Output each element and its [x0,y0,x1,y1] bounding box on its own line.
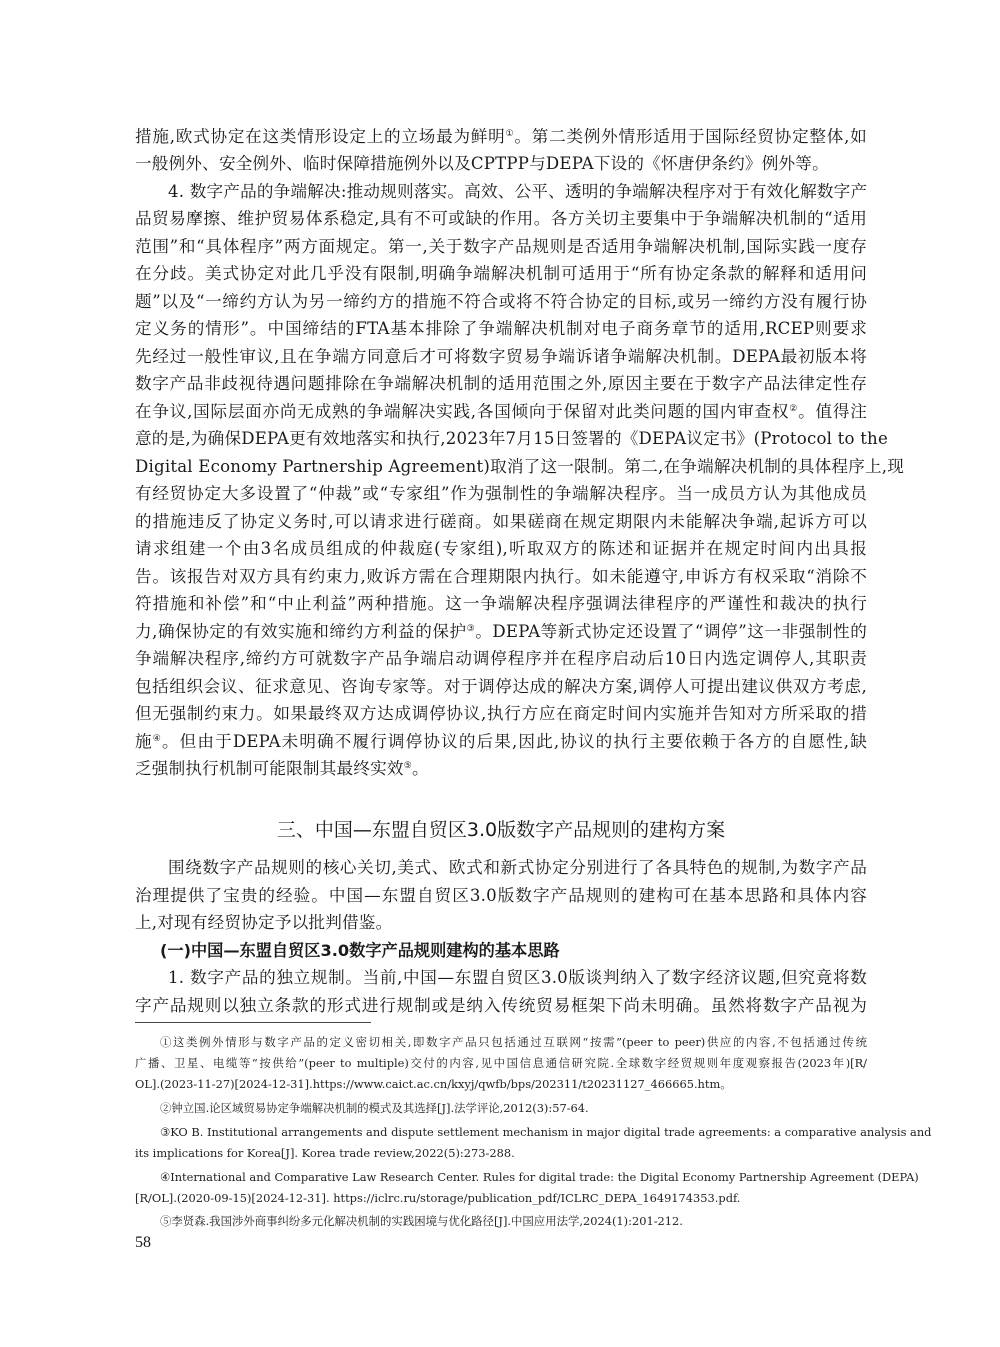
footnote-2: ②钟立国.论区域贸易协定争端解决机制的模式及其选择[J].法学评论,2012(3… [160,1100,867,1116]
body-line: Digital Economy Partnership Agreement)取消… [135,456,867,478]
body-line: 力,确保协定的有效实施和缔约方利益的保护③。DEPA等新式协定还设置了“调停”这… [135,621,867,643]
footnote-ref[interactable]: ④ [153,734,162,744]
body-line: 1. 数字产品的独立规制。当前,中国—东盟自贸区3.0版谈判纳入了数字经济议题,… [168,967,867,989]
footnote-3-cont: its implications for Korea[J]. Korea tra… [135,1145,867,1161]
footnote-4-cont: [R/OL].(2020-09-15)[2024-12-31]. https:/… [135,1190,867,1206]
body-line: 争端解决程序,缔约方可就数字产品争端启动调停程序并在程序启动后10日内选定调停人… [135,648,867,670]
footnote-4: ④International and Comparative Law Resea… [160,1169,867,1185]
body-line: 符措施和补偿”和“中止利益”两种措施。这一争端解决程序强调法律程序的严谨性和裁决… [135,593,867,615]
footnote-ref[interactable]: ② [789,404,798,414]
body-line: 告。该报告对双方具有约束力,败诉方需在合理期限内执行。如未能遵守,申诉方有权采取… [135,566,867,588]
body-line: 先经过一般性审议,且在争端方同意后才可将数字贸易争端诉诸争端解决机制。DEPA最… [135,346,867,368]
body-line: 有经贸协定大多设置了“仲裁”或“专家组”作为强制性的争端解决程序。当一成员方认为… [135,483,867,505]
body-line: 4. 数字产品的争端解决:推动规则落实。高效、公平、透明的争端解决程序对于有效化… [168,181,867,203]
footnote-ref[interactable]: ⑤ [404,761,412,771]
page-number: 58 [135,1233,151,1253]
document-page: 措施,欧式协定在这类情形设定上的立场最为鲜明①。第二类例外情形适用于国际经贸协定… [0,0,1000,1347]
footnote-3: ③KO B. Institutional arrangements and di… [160,1124,867,1140]
subsection-heading: (一)中国—东盟自贸区3.0数字产品规则建构的基本思路 [160,940,560,962]
body-line: 数字产品非歧视待遇问题排除在争端解决机制的适用范围之外,原因主要在于数字产品法律… [135,373,867,395]
section-heading: 三、中国—东盟自贸区3.0版数字产品规则的建构方案 [135,818,867,842]
body-line: 品贸易摩擦、维护贸易体系稳定,具有不可或缺的作用。各方关切主要集中于争端解决机制… [135,208,867,230]
body-line: 字产品规则以独立条款的形式进行规制或是纳入传统贸易框架下尚未明确。虽然将数字产品… [135,995,867,1017]
body-line: 但无强制约束力。如果最终双方达成调停协议,执行方应在商定时间内实施并告知对方所采… [135,703,867,725]
footnote-5: ⑤李贤森.我国涉外商事纠纷多元化解决机制的实践困境与优化路径[J].中国应用法学… [160,1213,867,1229]
footnote-1: ①这类例外情形与数字产品的定义密切相关,即数字产品只包括通过互联网“按需”(pe… [160,1034,867,1050]
body-line: 题”以及“一缔约方认为另一缔约方的措施不符合或将不符合协定的目标,或另一缔约方没… [135,291,867,313]
body-line: 治理提供了宝贵的经验。中国—东盟自贸区3.0版数字产品规则的建构可在基本思路和具… [135,885,867,907]
body-line: 定义务的情形”。中国缔结的FTA基本排除了争端解决机制对电子商务章节的适用,RC… [135,318,867,340]
body-line: 意的是,为确保DEPA更有效地落实和执行,2023年7月15日签署的《DEPA议… [135,428,867,450]
body-line: 在分歧。美式协定对此几乎没有限制,明确争端解决机制可适用于“所有协定条款的解释和… [135,263,867,285]
body-line: 乏强制执行机制可能限制其最终实效⑤。 [135,758,867,780]
body-line: 范围”和“具体程序”两方面规定。第一,关于数字产品规则是否适用争端解决机制,国际… [135,236,867,258]
body-line: 请求组建一个由3名成员组成的仲裁庭(专家组),听取双方的陈述和证据并在规定时间内… [135,538,867,560]
body-line: 围绕数字产品规则的核心关切,美式、欧式和新式协定分别进行了各具特色的规制,为数字… [168,857,867,879]
body-line: 在争议,国际层面亦尚无成熟的争端解决实践,各国倾向于保留对此类问题的国内审查权②… [135,401,867,423]
footnote-ref[interactable]: ③ [467,624,476,634]
footnote-1-cont: OL].(2023-11-27)[2024-12-31].https://www… [135,1076,867,1092]
body-line: 包括组织会议、征求意见、咨询专家等。对于调停达成的解决方案,调停人可提出建议供双… [135,676,867,698]
body-line: 一般例外、安全例外、临时保障措施例外以及CPTPP与DEPA下设的《怀唐伊条约》… [135,153,867,175]
body-line: 施④。但由于DEPA未明确不履行调停协议的后果,因此,协议的执行主要依赖于各方的… [135,731,867,753]
footnote-1-cont: 广播、卫星、电缆等“按供给”(peer to multiple)交付的内容,见中… [135,1055,867,1071]
body-line: 措施,欧式协定在这类情形设定上的立场最为鲜明①。第二类例外情形适用于国际经贸协定… [135,126,867,148]
footnote-divider [135,1022,371,1023]
body-line: 上,对现有经贸协定予以批判借鉴。 [135,912,867,934]
body-line: 的措施违反了协定义务时,可以请求进行磋商。如果磋商在规定期限内未能解决争端,起诉… [135,511,867,533]
